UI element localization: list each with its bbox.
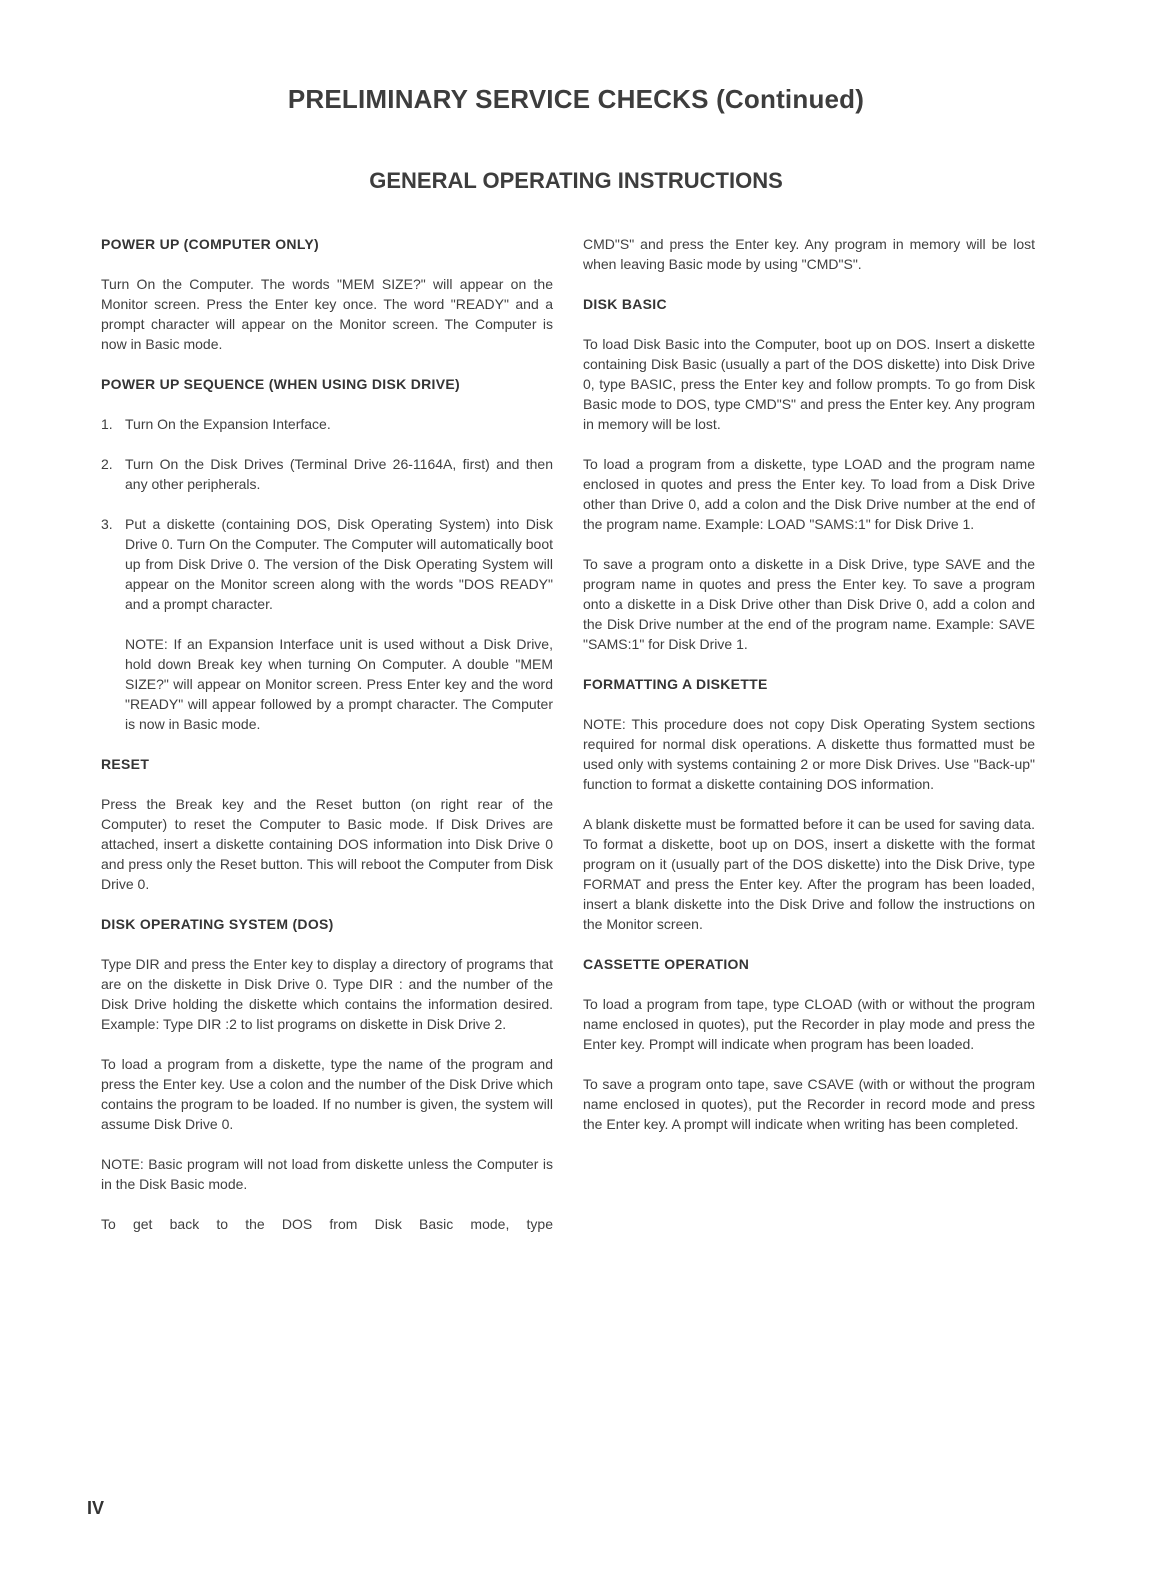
step-number: 2. xyxy=(101,454,113,474)
paragraph-dos-load: To load a program from a diskette, type … xyxy=(101,1054,553,1134)
heading-power-up: POWER UP (COMPUTER ONLY) xyxy=(101,234,553,254)
heading-disk-basic: DISK BASIC xyxy=(583,294,1035,314)
step-number: 3. xyxy=(101,514,113,534)
paragraph-disk-basic-save: To save a program onto a diskette in a D… xyxy=(583,554,1035,654)
page-number: IV xyxy=(87,1498,104,1519)
paragraph-power-up: Turn On the Computer. The words "MEM SIZ… xyxy=(101,274,553,354)
power-up-steps: 1. Turn On the Expansion Interface. 2. T… xyxy=(101,414,553,614)
paragraph-formatting: A blank diskette must be formatted befor… xyxy=(583,814,1035,934)
left-column: POWER UP (COMPUTER ONLY) Turn On the Com… xyxy=(101,234,553,1254)
paragraph-dos-dir: Type DIR and press the Enter key to disp… xyxy=(101,954,553,1034)
list-item: 2. Turn On the Disk Drives (Terminal Dri… xyxy=(101,454,553,494)
heading-reset: RESET xyxy=(101,754,553,774)
step-text: Turn On the Expansion Interface. xyxy=(125,416,331,432)
step-text: Turn On the Disk Drives (Terminal Drive … xyxy=(125,456,553,492)
heading-formatting: FORMATTING A DISKETTE xyxy=(583,674,1035,694)
step-text: Put a diskette (containing DOS, Disk Ope… xyxy=(125,516,553,612)
paragraph-cassette-save: To save a program onto tape, save CSAVE … xyxy=(583,1074,1035,1134)
heading-cassette: CASSETTE OPERATION xyxy=(583,954,1035,974)
page-title: PRELIMINARY SERVICE CHECKS (Continued) xyxy=(0,84,1152,115)
paragraph-reset: Press the Break key and the Reset button… xyxy=(101,794,553,894)
list-item: 1. Turn On the Expansion Interface. xyxy=(101,414,553,434)
paragraph-disk-basic-program: To load a program from a diskette, type … xyxy=(583,454,1035,534)
step-number: 1. xyxy=(101,414,113,434)
right-column: CMD"S" and press the Enter key. Any prog… xyxy=(583,234,1035,1154)
paragraph-cassette-load: To load a program from tape, type CLOAD … xyxy=(583,994,1035,1054)
note-expansion-interface: NOTE: If an Expansion Interface unit is … xyxy=(101,634,553,734)
paragraph-continuation: CMD"S" and press the Enter key. Any prog… xyxy=(583,234,1035,274)
heading-power-up-sequence: POWER UP SEQUENCE (WHEN USING DISK DRIVE… xyxy=(101,374,553,394)
note-formatting: NOTE: This procedure does not copy Disk … xyxy=(583,714,1035,794)
paragraph-disk-basic-load: To load Disk Basic into the Computer, bo… xyxy=(583,334,1035,434)
heading-dos: DISK OPERATING SYSTEM (DOS) xyxy=(101,914,553,934)
section-title: GENERAL OPERATING INSTRUCTIONS xyxy=(0,168,1152,194)
list-item: 3. Put a diskette (containing DOS, Disk … xyxy=(101,514,553,614)
note-disk-basic: NOTE: Basic program will not load from d… xyxy=(101,1154,553,1194)
paragraph-dos-return: To get back to the DOS from Disk Basic m… xyxy=(101,1214,553,1234)
